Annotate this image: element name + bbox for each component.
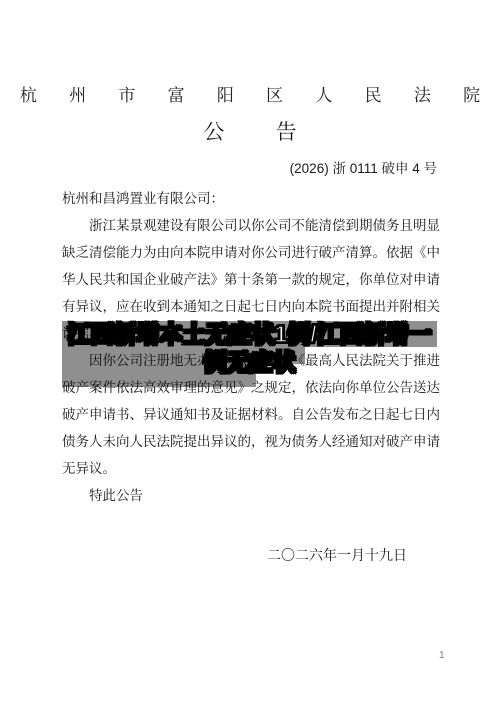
body-line: 无异议。 bbox=[62, 455, 442, 482]
body-line: 有异议，应在收到本通知之日起七日内向本院书面提出并附相关 bbox=[62, 293, 442, 320]
document-page: 杭 州 市 富 阳 区 人 民 法 院 公 告 (2026) 浙 0111 破申… bbox=[0, 0, 500, 706]
case-number: (2026) 浙 0111 破申 4 号 bbox=[290, 157, 437, 177]
overlay-headline-line1: 江西新增本土无症状1例/江西新增一 bbox=[62, 320, 437, 348]
overlay-headline-line2: 例无症状 bbox=[62, 348, 437, 376]
document-date: 二〇二六年一月十九日 bbox=[267, 545, 407, 565]
document-title: 公 告 bbox=[0, 116, 500, 146]
body-line: 浙江某景观建设有限公司以你公司不能清偿到期债务且明显 bbox=[62, 212, 442, 239]
body-line: 特此公告 bbox=[62, 482, 442, 509]
overlay-headline: 江西新增本土无症状1例/江西新增一 例无症状 bbox=[62, 320, 437, 376]
page-number: 1 bbox=[439, 650, 445, 661]
body-line: 债务人未向人民法院提出异议的，视为债务人经通知对破产申请 bbox=[62, 428, 442, 455]
body-line: 破产申请书、异议通知书及证据材料。自公告发布之日起七日内 bbox=[62, 401, 442, 428]
body-line: 杭州和昌鸿置业有限公司： bbox=[62, 185, 442, 212]
court-name-heading: 杭 州 市 富 阳 区 人 民 法 院 bbox=[0, 81, 500, 106]
body-line: 缺乏清偿能力为由向本院申请对你公司进行破产清算。依据《中 bbox=[62, 239, 442, 266]
body-line: 华人民共和国企业破产法》第十条第一款的规定，你单位对申请 bbox=[62, 266, 442, 293]
